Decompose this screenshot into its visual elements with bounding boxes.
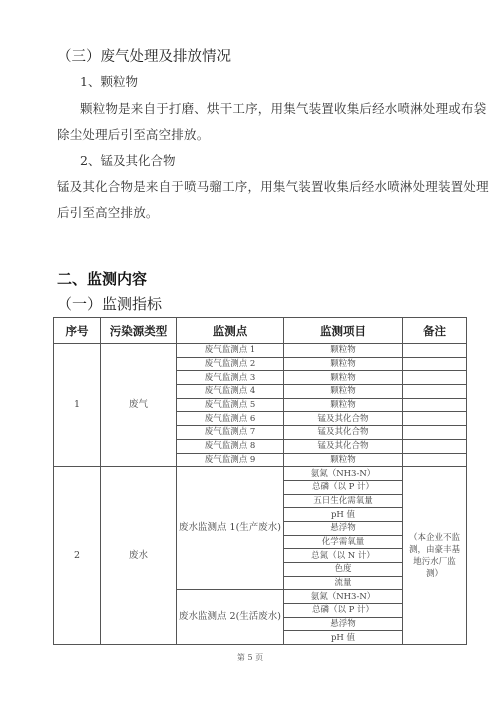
cell-item: 化学需氧量 — [284, 535, 403, 549]
cell-note — [403, 453, 467, 467]
cell-point: 废气监测点 1 — [177, 344, 284, 358]
cell-point: 废气监测点 9 — [177, 453, 284, 467]
cell-item: 色度 — [284, 563, 403, 577]
cell-note: （本企业不监测，由豪丰基地污水厂监测） — [403, 467, 467, 645]
cell-item: 氨氮（NH3-N） — [284, 590, 403, 604]
cell-item: 悬浮物 — [284, 521, 403, 535]
cell-item: 流量 — [284, 576, 403, 590]
header-remarks: 备注 — [403, 318, 467, 344]
cell-note — [403, 385, 467, 399]
cell-item: 总磷（以 P 计） — [284, 480, 403, 494]
header-monitoring-point: 监测点 — [177, 318, 284, 344]
cell-item: 氨氮（NH3-N） — [284, 467, 403, 481]
cell-note — [403, 412, 467, 426]
subsection-title-manganese: 2、锰及其化合物 — [80, 151, 175, 169]
cell-point: 废气监测点 6 — [177, 412, 284, 426]
header-source-type: 污染源类型 — [101, 318, 177, 344]
cell-item: 颗粒物 — [284, 371, 403, 385]
cell-no: 1 — [54, 344, 101, 467]
cell-note — [403, 344, 467, 358]
cell-item: 颗粒物 — [284, 453, 403, 467]
cell-item: 五日生化需氧量 — [284, 494, 403, 508]
cell-item: 总氮（以 N 计） — [284, 549, 403, 563]
cell-item: 颗粒物 — [284, 357, 403, 371]
cell-item: 总磷（以 P 计） — [284, 604, 403, 618]
cell-source-type: 废水 — [101, 467, 177, 645]
cell-item: pH 值 — [284, 631, 403, 645]
paragraph-particulate-line-1: 颗粒物是来自于打磨、烘干工序，用集气装置收集后经水喷淋处理或布袋 — [80, 99, 486, 117]
cell-item: pH 值 — [284, 508, 403, 522]
cell-point: 废气监测点 7 — [177, 426, 284, 440]
cell-point: 废水监测点 2(生活废水) — [177, 590, 284, 645]
page-number: 第 5 页 — [0, 652, 500, 663]
cell-note — [403, 371, 467, 385]
cell-point: 废气监测点 2 — [177, 357, 284, 371]
cell-item: 锰及其化合物 — [284, 412, 403, 426]
cell-item: 颗粒物 — [284, 344, 403, 358]
cell-note — [403, 398, 467, 412]
cell-item: 锰及其化合物 — [284, 439, 403, 453]
table-header-row: 序号 污染源类型 监测点 监测项目 备注 — [54, 318, 467, 344]
table-row: 2 废水 废水监测点 1(生产废水) 氨氮（NH3-N） （本企业不监测，由豪丰… — [54, 467, 467, 481]
cell-point: 废气监测点 8 — [177, 439, 284, 453]
cell-note — [403, 426, 467, 440]
cell-item: 锰及其化合物 — [284, 426, 403, 440]
header-no: 序号 — [54, 318, 101, 344]
subsection-heading-indicators: （一）监测指标 — [57, 293, 162, 314]
paragraph-manganese-line-2: 后引至高空排放。 — [57, 203, 159, 221]
cell-note — [403, 439, 467, 453]
cell-point: 废气监测点 3 — [177, 371, 284, 385]
header-monitoring-item: 监测项目 — [284, 318, 403, 344]
cell-item: 颗粒物 — [284, 398, 403, 412]
section-heading-monitoring: 二、监测内容 — [57, 268, 147, 289]
paragraph-manganese-line-1: 锰及其化合物是来自于喷马骝工序，用集气装置收集后经水喷淋处理装置处理 — [57, 177, 489, 195]
table-row: 1 废气 废气监测点 1 颗粒物 — [54, 344, 467, 358]
cell-point: 废气监测点 5 — [177, 398, 284, 412]
paragraph-particulate-line-2: 除尘处理后引至高空排放。 — [57, 125, 209, 143]
subsection-title-particulate: 1、颗粒物 — [80, 72, 138, 90]
section-heading-exhaust-treatment: （三）废气处理及排放情况 — [57, 45, 231, 66]
cell-item: 悬浮物 — [284, 617, 403, 631]
cell-source-type: 废气 — [101, 344, 177, 467]
cell-no: 2 — [54, 467, 101, 645]
cell-point: 废水监测点 1(生产废水) — [177, 467, 284, 590]
monitoring-indicators-table: 序号 污染源类型 监测点 监测项目 备注 1 废气 废气监测点 1 颗粒物 废气… — [53, 317, 467, 645]
cell-point: 废气监测点 4 — [177, 385, 284, 399]
cell-note — [403, 357, 467, 371]
cell-item: 颗粒物 — [284, 385, 403, 399]
